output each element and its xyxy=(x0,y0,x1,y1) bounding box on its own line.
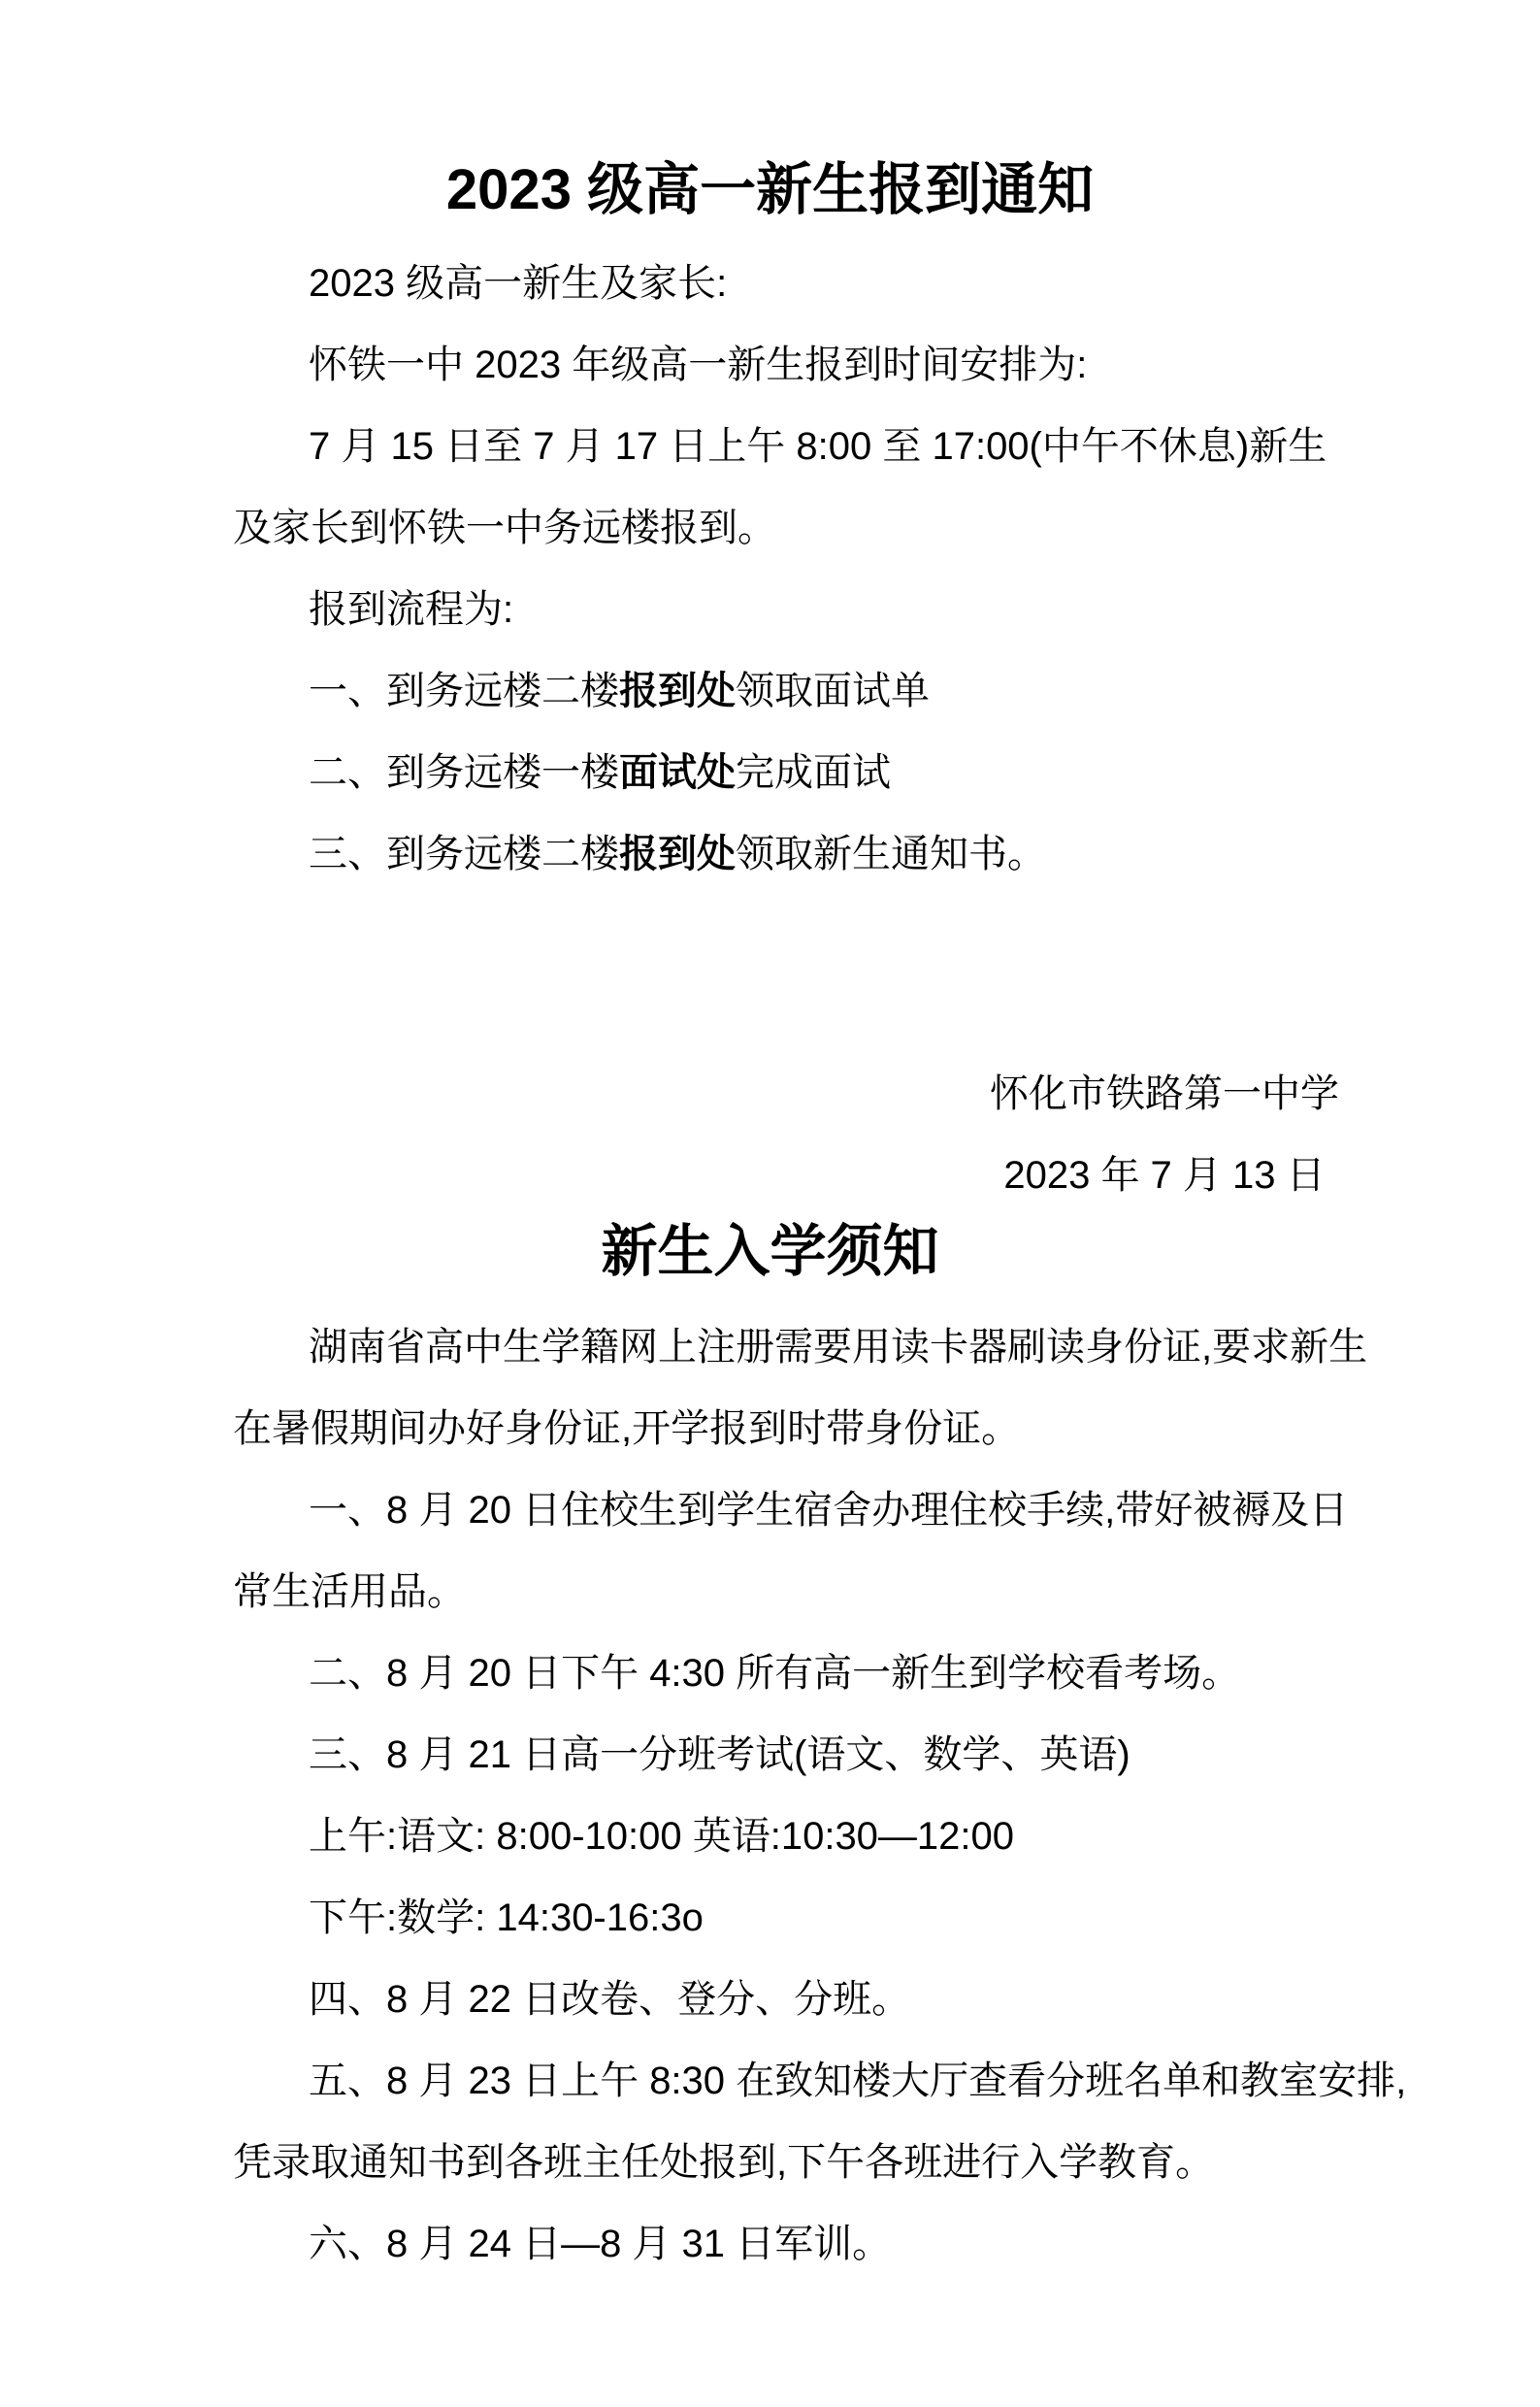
instructions-body: 湖南省高中生学籍网上注册需要用读卡器刷读身份证,要求新生在暑假期间办好身份证,开… xyxy=(233,1306,1307,2285)
instructions-line: 三、8 月 21 日高一分班考试(语文、数学、英语) xyxy=(233,1714,1307,1796)
text-run: 三、到务远楼二楼 xyxy=(309,833,619,875)
notice-line: 报到流程为: xyxy=(233,569,1307,650)
notice-line: 三、到务远楼二楼报到处领取新生通知书。 xyxy=(233,813,1307,895)
instructions-title: 新生入学须知 xyxy=(0,1219,1540,1285)
text-run: 7 月 15 日至 7 月 17 日上午 8:00 至 17:00(中午不休息)… xyxy=(309,425,1327,468)
instructions-line: 六、8 月 24 日—8 月 31 日军训。 xyxy=(233,2203,1307,2285)
instructions-line: 在暑假期间办好身份证,开学报到时带身份证。 xyxy=(233,1388,1307,1469)
instructions-line: 上午:语文: 8:00-10:00 英语:10:30—12:00 xyxy=(233,1796,1307,1877)
instructions-line: 凭录取通知书到各班主任处报到,下午各班进行入学教育。 xyxy=(233,2122,1307,2203)
text-run: 三、8 月 21 日高一分班考试(语文、数学、英语) xyxy=(309,1733,1130,1776)
text-run: 四、8 月 22 日改卷、登分、分班。 xyxy=(309,1978,910,2021)
instructions-line: 常生活用品。 xyxy=(233,1551,1307,1632)
text-run: 二、到务远楼一楼 xyxy=(309,751,619,794)
text-run: 常生活用品。 xyxy=(233,1570,466,1613)
instructions-line: 湖南省高中生学籍网上注册需要用读卡器刷读身份证,要求新生 xyxy=(233,1306,1307,1388)
text-run: 五、8 月 23 日上午 8:30 在致知楼大厅查看分班名单和教室安排, xyxy=(309,2060,1406,2102)
instructions-line: 一、8 月 20 日住校生到学生宿舍办理住校手续,带好被褥及日 xyxy=(233,1469,1307,1551)
bold-text-run: 报到处 xyxy=(619,670,736,712)
notice-body: 2023 级高一新生及家长:怀铁一中 2023 年级高一新生报到时间安排为:7 … xyxy=(233,243,1307,895)
text-run: 怀铁一中 2023 年级高一新生报到时间安排为: xyxy=(309,344,1087,386)
notice-line: 及家长到怀铁一中务远楼报到。 xyxy=(233,487,1307,569)
text-run: 及家长到怀铁一中务远楼报到。 xyxy=(233,507,776,549)
text-run: 湖南省高中生学籍网上注册需要用读卡器刷读身份证,要求新生 xyxy=(309,1326,1367,1368)
text-run: 完成面试 xyxy=(736,751,891,794)
text-run: 上午:语文: 8:00-10:00 英语:10:30—12:00 xyxy=(309,1815,1014,1858)
text-run: 六、8 月 24 日—8 月 31 日军训。 xyxy=(309,2223,891,2265)
text-run: 凭录取通知书到各班主任处报到,下午各班进行入学教育。 xyxy=(233,2141,1214,2184)
notice-line: 二、到务远楼一楼面试处完成面试 xyxy=(233,732,1307,813)
text-run: 下午:数学: 14:30-16:3o xyxy=(309,1896,704,1939)
text-run: 一、到务远楼二楼 xyxy=(309,670,619,712)
bold-text-run: 面试处 xyxy=(619,751,736,794)
instructions-line: 下午:数学: 14:30-16:3o xyxy=(233,1877,1307,1959)
instructions-line: 四、8 月 22 日改卷、登分、分班。 xyxy=(233,1959,1307,2040)
signature-date: 2023 年 7 月 13 日 xyxy=(1003,1135,1325,1216)
text-run: 一、8 月 20 日住校生到学生宿舍办理住校手续,带好被褥及日 xyxy=(309,1489,1348,1532)
notice-document-page: 2023 级高一新生报到通知 2023 级高一新生及家长:怀铁一中 2023 年… xyxy=(0,0,1540,2407)
instructions-line: 五、8 月 23 日上午 8:30 在致知楼大厅查看分班名单和教室安排, xyxy=(233,2040,1307,2122)
notice-line: 怀铁一中 2023 年级高一新生报到时间安排为: xyxy=(233,324,1307,406)
notice-line: 一、到务远楼二楼报到处领取面试单 xyxy=(233,650,1307,732)
signature-school: 怀化市铁路第一中学 xyxy=(990,1053,1339,1135)
instructions-line: 二、8 月 20 日下午 4:30 所有高一新生到学校看考场。 xyxy=(233,1632,1307,1714)
notice-line: 7 月 15 日至 7 月 17 日上午 8:00 至 17:00(中午不休息)… xyxy=(233,406,1307,487)
notice-title: 2023 级高一新生报到通知 xyxy=(0,153,1540,227)
text-run: 二、8 月 20 日下午 4:30 所有高一新生到学校看考场。 xyxy=(309,1652,1240,1695)
bold-text-run: 报到处 xyxy=(619,833,736,875)
text-run: 报到流程为: xyxy=(309,588,513,631)
text-run: 2023 级高一新生及家长: xyxy=(309,262,727,305)
text-run: 领取新生通知书。 xyxy=(736,833,1046,875)
notice-line: 2023 级高一新生及家长: xyxy=(233,243,1307,324)
text-run: 在暑假期间办好身份证,开学报到时带身份证。 xyxy=(233,1407,1020,1450)
text-run: 领取面试单 xyxy=(736,670,930,712)
